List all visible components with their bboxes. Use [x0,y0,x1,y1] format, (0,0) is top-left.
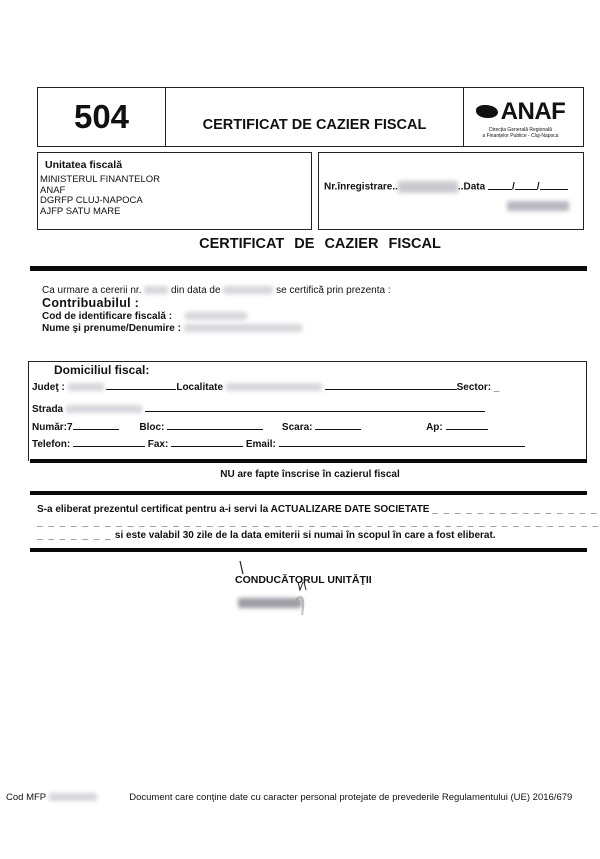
domicile-row-street: Strada [32,404,485,415]
logo-subtitle: Direcția Generală Regională a Finanțelor… [481,127,561,139]
footer: Cod MFP Document care conţine date cu ca… [6,792,572,803]
street-redacted [66,405,142,413]
dash-fill: _ _ _ _ _ _ _ [37,530,112,541]
request-line: Ca urmare a cererii nr. din data de se c… [42,285,391,296]
number-field [73,429,119,430]
registration-date-label: ..Data [458,182,485,193]
issued-purpose: S-a eliberat prezentul certificat pentru… [37,504,429,515]
mfp-code-redacted [49,793,97,801]
email-field [279,446,525,447]
taxpayer-name-line: Nume şi prenume/Denumire : [42,323,302,334]
divider [30,548,587,552]
form-title: CERTIFICAT DE CAZIER FISCAL [166,88,464,146]
registration-number-redacted [398,181,458,193]
dash-fill-line: _ _ _ _ _ _ _ _ _ _ _ _ _ _ _ _ _ _ _ _ … [37,516,600,529]
gdpr-notice: Document care conţine date cu caracter p… [129,792,572,803]
apartment-field [446,429,488,430]
fax-field [171,446,243,447]
fiscal-unit-line: MINISTERUL FINANTELOR [40,175,160,186]
county-redacted [68,383,104,391]
form-header: 504 CERTIFICAT DE CAZIER FISCAL ANAF Dir… [37,87,584,147]
number-value: 7 [67,422,73,433]
street-field [145,411,485,412]
fiscal-unit-line: DGRFP CLUJ-NAPOCA [40,196,160,207]
signature-scribble [236,560,316,620]
registration-date-redacted [507,201,569,211]
locality-label: Localitate [176,382,223,393]
cif-line: Cod de identificare fiscală : [42,311,247,322]
fiscal-domicile-box: Domiciliul fiscal: Judeţ : Localitate Se… [28,361,587,461]
county-field [106,389,176,390]
validity-statement: si este valabil 30 zile de la data emite… [115,530,496,541]
county-label: Judeţ : [32,382,65,393]
registration-line: Nr.înregistrare....Data // [324,181,568,193]
phone-field [73,446,145,447]
mfp-code-label: Cod MFP [6,792,46,803]
cif-label: Cod de identificare fiscală : [42,311,172,322]
street-label: Strada [32,404,63,415]
staircase-label: Scara: [282,422,313,433]
date-month-field [515,189,537,190]
request-suffix: se certifică prin prezenta : [276,285,391,296]
phone-label: Telefon: [32,439,70,450]
divider [30,491,587,495]
number-label: Număr: [32,422,67,433]
fiscal-domicile-title: Domiciliul fiscal: [54,363,149,377]
cif-value-redacted [185,312,247,320]
date-year-field [540,189,568,190]
block-label: Bloc: [139,422,164,433]
fiscal-unit-label: Unitatea fiscală [45,159,122,171]
certificate-title: CERTIFICAT DE CAZIER FISCAL [0,236,600,252]
domicile-row-contact: Telefon: Fax: Email: [32,439,525,450]
date-day-field [488,189,512,190]
logo-subtitle-line: Direcția Generală Regională [481,127,561,133]
registration-number-label: Nr.înregistrare.. [324,182,398,193]
fax-label: Fax: [148,439,169,450]
logo-text: ANAF [501,100,566,124]
request-middle: din data de [171,285,221,296]
dash-fill: _ _ _ _ _ _ _ _ _ _ _ _ _ _ _ _ [432,504,600,515]
request-number-redacted [144,286,168,294]
email-label: Email: [246,439,276,450]
fiscal-unit-lines: MINISTERUL FINANTELOR ANAF DGRFP CLUJ-NA… [40,175,160,217]
issued-line-1: S-a eliberat prezentul certificat pentru… [37,503,600,516]
logo-subtitle-line: a Finanțelor Publice - Cluj-Napoca [481,133,561,139]
fiscal-unit-line: AJFP SATU MARE [40,207,160,218]
result-statement: NU are fapte înscrise în cazierul fiscal [0,469,600,480]
divider [30,266,587,271]
domicile-row-location: Judeţ : Localitate Sector: _ [32,382,499,393]
locality-redacted [226,383,322,391]
request-prefix: Ca urmare a cererii nr. [42,285,141,296]
domicile-row-number: Număr:7 Bloc: Scara: Ap: [32,422,488,433]
anaf-logo: ANAF Direcția Generală Regională a Finan… [464,88,583,146]
divider [30,459,587,463]
locality-field [325,389,457,390]
registration-box: Nr.înregistrare....Data // [318,152,584,230]
staircase-field [315,429,361,430]
apartment-label: Ap: [426,422,443,433]
form-code: 504 [38,88,166,146]
issued-line-3: _ _ _ _ _ _ _ si este valabil 30 zile de… [37,529,600,542]
taxpayer-name-redacted [184,324,302,332]
taxpayer-name-label: Nume şi prenume/Denumire : [42,323,181,334]
sector-value: _ [494,382,500,393]
romania-map-icon [476,105,498,118]
block-field [167,429,263,430]
request-date-redacted [223,286,273,294]
fiscal-unit-box: Unitatea fiscală MINISTERUL FINANTELOR A… [37,152,312,230]
issued-statement: S-a eliberat prezentul certificat pentru… [37,503,600,542]
taxpayer-label: Contribuabilul : [42,296,139,310]
sector-label: Sector: [457,382,491,393]
